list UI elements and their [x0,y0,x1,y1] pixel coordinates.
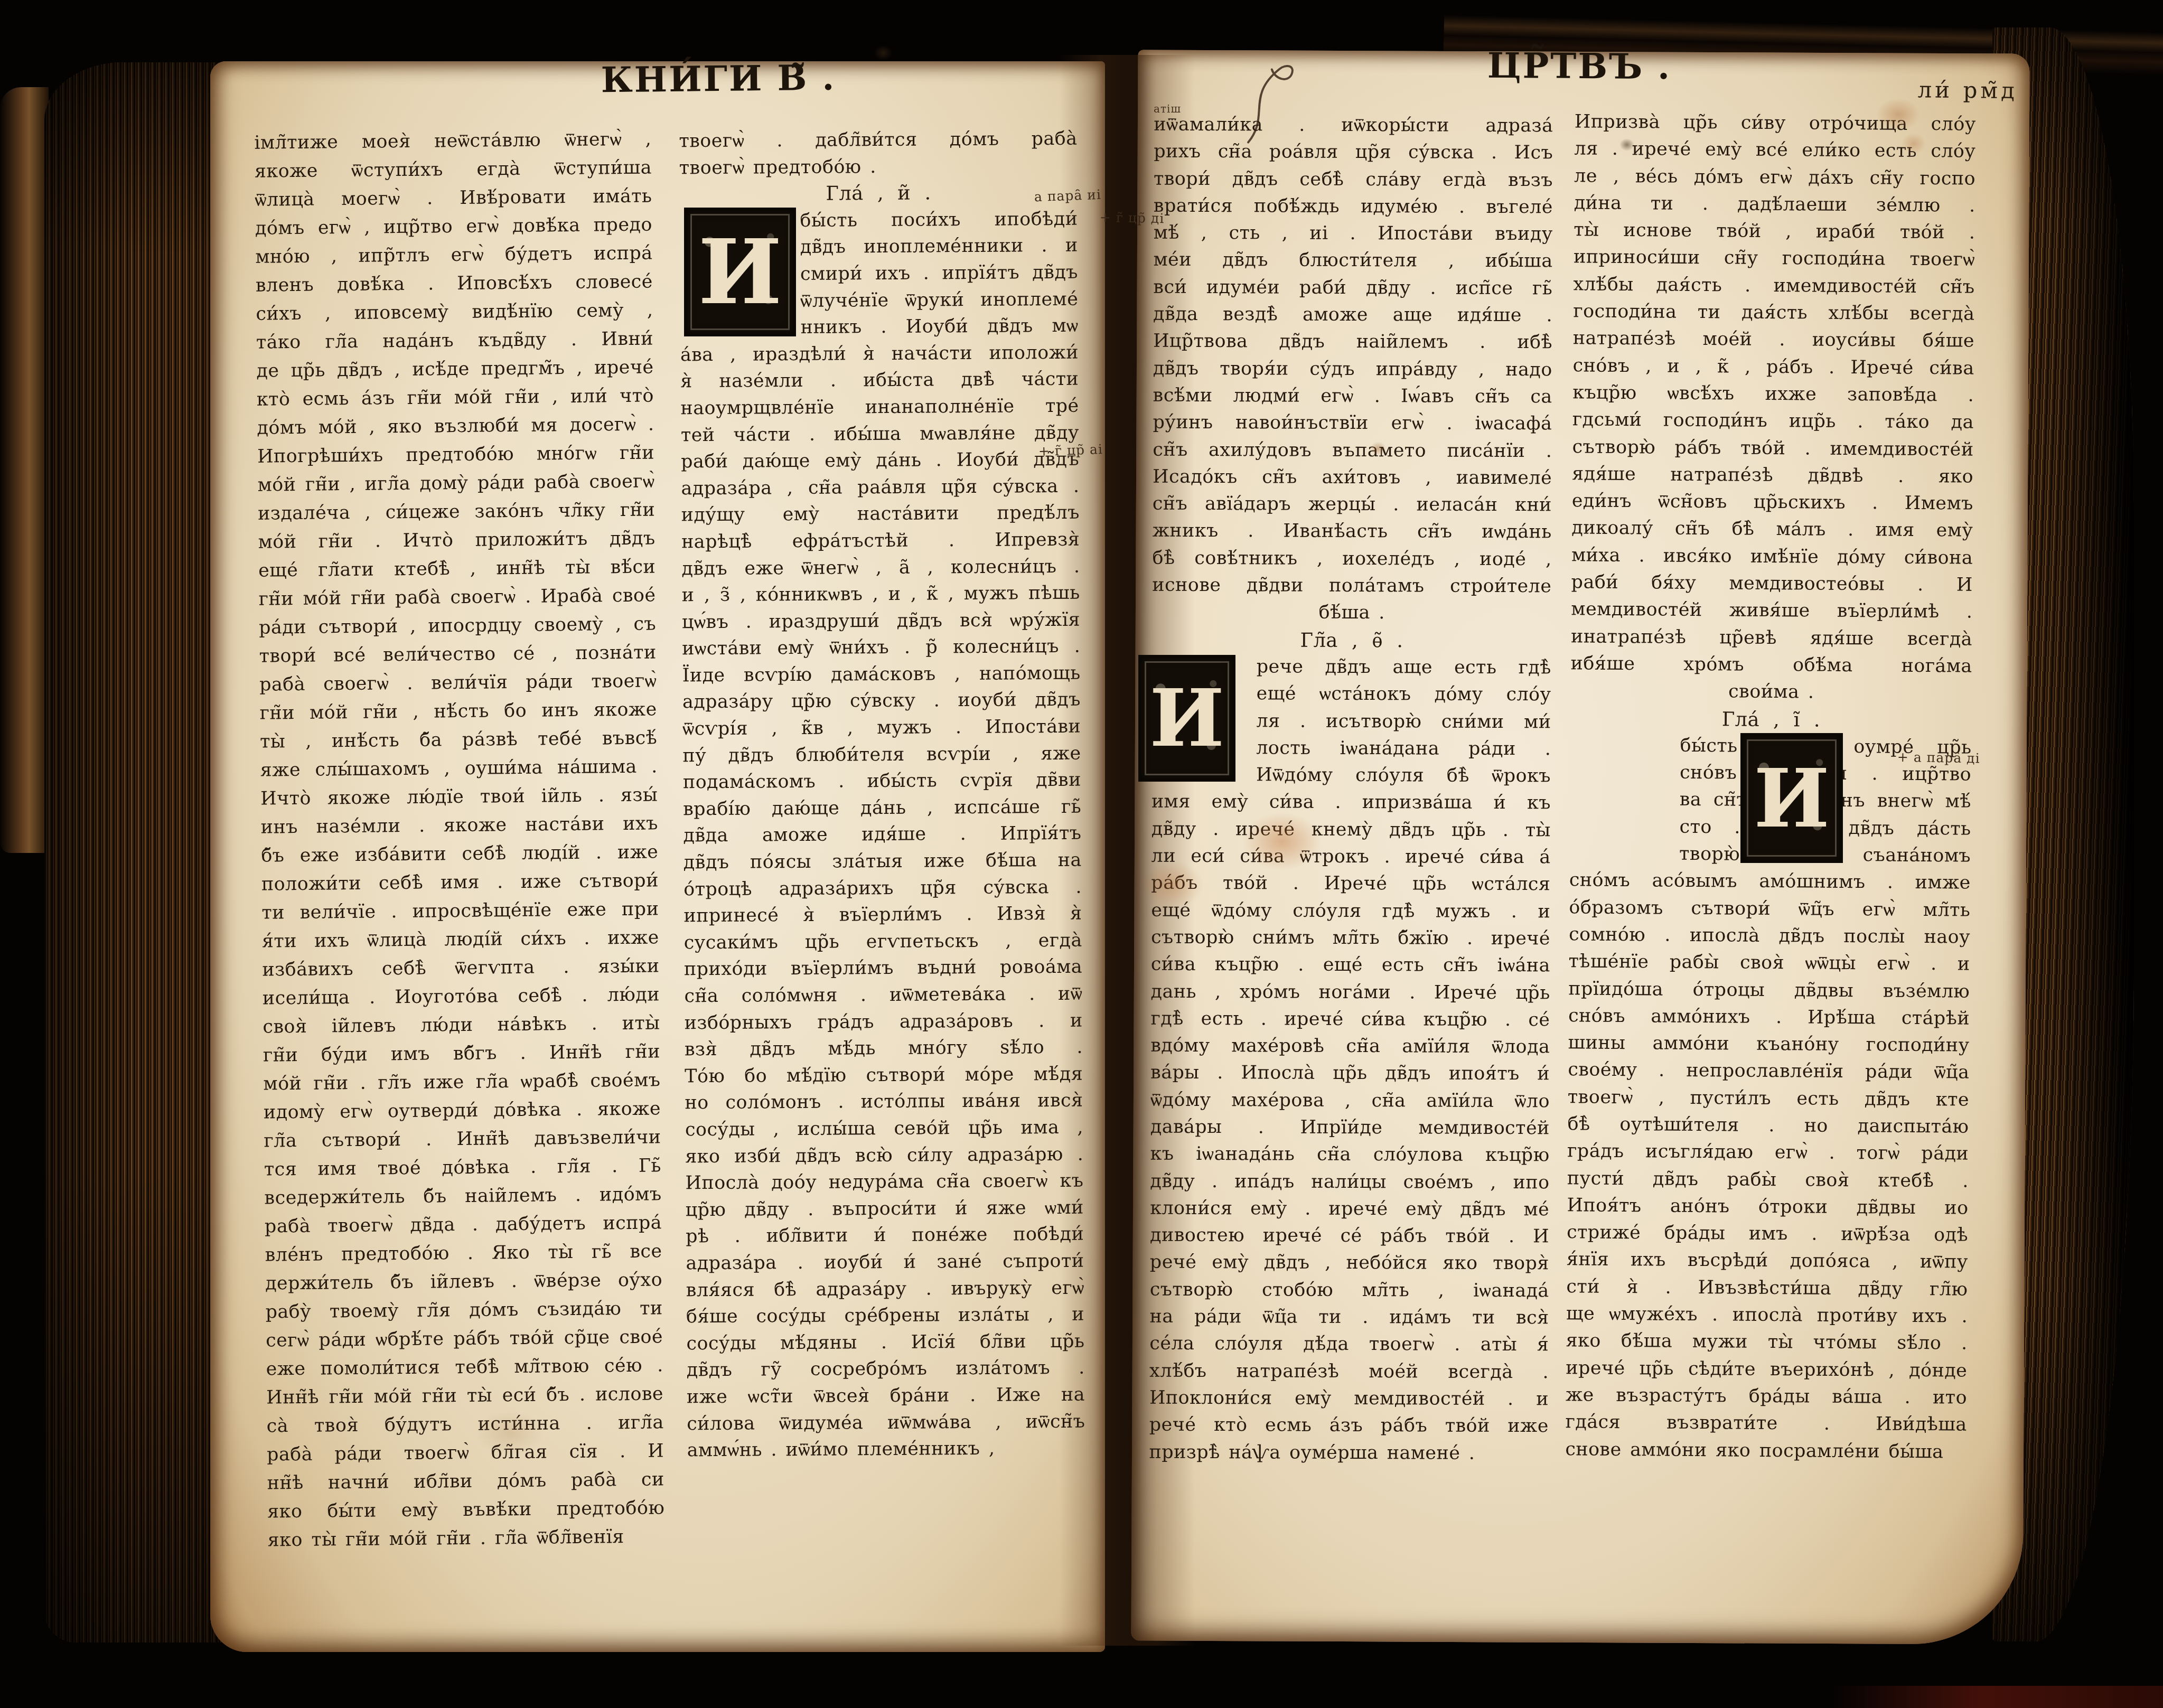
text-line: хлѣ́бы дая́сть . имемдивосте́й сн̃ъ [1573,271,1974,301]
text-line: шины аммо́ни къано́ну господи́ну [1568,1029,1969,1059]
text-line: вле́нъ предтобо́ю . Яко ты̀ гь̃ все [265,1237,662,1269]
text-line: иприноси́ши сн̃у господи́на твоегѡ̀ [1574,244,1975,274]
text-line: стриже́ бра́ды имъ . иѿрѣ́за одѣ [1567,1219,1968,1249]
text-line: тей ча́сти . ибы́ша мѡавля́не дв̃ду [681,419,1079,448]
text-line: гда́ся възврати́те . Иви́дѣша [1565,1409,1967,1439]
text-line: мно́ю , ипр̃тлъ егѡ̀ бу́детъ испра́ [255,239,652,271]
text-line: вля́яся бѣ̀ адраза́ру . ивъруку̀ егѡ̀ [686,1274,1084,1303]
text-line: гра́дъ исъгля́даю егѡ̀ . тогѡ̀ ра́ди [1567,1138,1969,1168]
text-line: твоегѡ̀ , пусти́лъ есть дв̃дъ кте [1568,1084,1969,1114]
text-line: прїидо́ша о́троцы дв̃двы възе́млю [1568,975,1970,1006]
text-line: ля . ирече́ ему̀ все́ ели́ко есть сло́у [1574,136,1975,166]
text-line: нникъ . Иоуби́ дв̃дъ мѡ [800,313,1078,341]
text-line: гл̃а сътвори́ . Инн̃ѣ давъзвели́чи [264,1123,661,1155]
text-line: къцр̃ю ѡвсѣ́хъ ихже заповѣ́да . [1572,379,1974,409]
text-line: вси́ идуме́и раби́ дв̃ду . исп̃се гь̃ [1153,274,1552,302]
text-line: рѣ . ибл̃вити и́ поне́же побѣди́ [686,1221,1084,1250]
text-line: раба̀ своегѡ̀ . вели́чїя ра́ди твоегѡ̀ [259,667,657,699]
text-line: ще ѡмуже́хъ . ипосла̀ проти́ву ихъ . [1566,1300,1968,1330]
text-line: дв̃дъ творя́и су́дъ ипра́вду , надо [1153,355,1552,383]
text-line: лость іѡана́дана ра́ди . [1256,735,1551,763]
text-line: твоегѡ̀ предтобо́ю . [679,152,1078,181]
text-line: господи́на ти дая́сть хлѣ́бы всегда̀ [1573,298,1974,328]
text-line: рабу̀ твоему̀ гл̃я до́мъ съзида́ю ти [265,1294,662,1326]
text-line: бѣ̀ совѣ́тникъ , иохеле́дъ , иоде́ , [1152,545,1551,573]
text-line: дв̃дъ гу̃ сосребро́мъ изла́томъ . [686,1355,1084,1384]
running-head-left: КНИ́ГИ В̃ . [533,56,904,101]
text-line: взя̀ дв̃дъ мѣ́дь мно́гу ѕѣ́ло . [685,1034,1083,1063]
text-line: дв̃да вездѣ̀ аможе аще идя́ше . [1153,301,1552,330]
text-line: инатрапе́зѣ цр̃евѣ ядя́ше всегда̀ [1571,623,1972,653]
text-line: си́ва къцр̃ю . еще́ есть сн̃ъ іѡа́на [1151,951,1550,980]
text-line: ру́инъ навои́нъствїи егѡ̀ . іѡасафа́ [1153,409,1552,438]
book-photo: { "book": { "left_page": { "running_head… [0,0,2163,1708]
text-line: врабі́ю даю́ще да́нь , испса́ше гь̃ [683,794,1081,823]
text-line: ле , ве́сь до́мъ егѡ̀ да́хъ сн̃у госпо [1574,163,1975,193]
text-line: сътворю̀ сни́мъ мл̃ть б̃жїю . ирече́ [1151,924,1550,953]
text-line: клони́ся ему̀ . ирече́ ему̀ дв̃дъ ме́ [1150,1195,1549,1224]
text-line: си́лова ѿидуме́а иѿмѡа́ва , иѿсн̃ъ [687,1408,1085,1437]
text-line: раби́ бя́ху мемдивостео́вы . И [1571,569,1973,599]
text-line: імл̃тиже моея̀ неѿста́влю ѿнегѡ̀ , [254,125,651,157]
text-line: тся имя твое́ до́вѣка . гл̃я . Гь̃ [264,1151,661,1184]
text-line: Ицр̃твова дв̃дъ наіи̃лемъ . ибѣ̀ [1153,328,1552,356]
text-line: твоегѡ̀ . дабл̃ви́тся до́мъ раба̀ [679,126,1077,155]
text-line: б̃ъ еже изба́вити себѣ̀ люді́й . иже [261,838,658,870]
chapter-heading: Гл̃а , ѳ̃ . [1152,626,1551,654]
text-line: де цр̃ь дв̃дъ , исѣ́де предгм̃ъ , ирече́ [256,353,653,385]
text-line: наоумрщвле́нїе инанаполне́нїе тре́ [680,393,1079,422]
ink-squiggle-mark [1236,45,1309,152]
text-column-3: иѿамали́ка . иѿкоры́сти адраза́рихъ сн̃а… [1149,111,1553,1467]
text-line: гн̃и мо́й гн̃и , нѣ́сть бо инъ якоже [259,695,657,727]
text-line: сегѡ̀ ра́ди ѡбрѣ́те ра́бъ тво́й ср̃це св… [266,1322,663,1355]
text-line: ди́на ти . дадѣ́лаеши зе́млю . [1574,190,1975,220]
text-line: якоже ѿступи́хъ егда̀ ѿступи́ша [255,153,652,185]
text-line: сно́въ , и , к̃ , ра́бъ . Ирече́ си́ва [1572,352,1974,382]
text-line: мѣ́ , сть , иі . Ипоста́ви въиду [1154,220,1553,248]
text-line: бя́ше сосу́ды сре́брены изла́ты , и [686,1301,1084,1330]
text-line: твори́ дв̃дъ себѣ̀ сла́ву егда̀ възъ [1154,165,1553,194]
text-line: же възрасту́тъ бра́ды ва́ша . ито [1566,1382,1967,1412]
text-line: дв̃ду . ипа́дъ нали́цы свое́мъ , ипо [1150,1168,1549,1196]
text-line: Ипоклони́ся ему̀ мемдивосте́й . и [1149,1385,1549,1413]
text-line: еже помоли́тися тебѣ̀ мл̃твою се́ю . [266,1351,663,1383]
text-line: иѿамали́ка . иѿкоры́сти адраза́ [1154,111,1553,140]
margin-note: + г̃ цр̃ аі [1038,442,1103,459]
drop-cap-initial: И [1742,735,1841,861]
text-line: дивостею ирече́ се́ ра́бъ тво́й . И [1150,1222,1549,1251]
text-line: вдо́му махе́ровѣ сн̃а амїи́ля ѿлода [1150,1033,1550,1061]
text-line: дикоалу́ сн̃ъ бѣ̀ ма́лъ . имя ему̀ [1571,515,1973,545]
text-line: избо́рныхъ гра́дъ адраза́ровъ . и [684,1007,1082,1036]
text-line: исели́ща . Иоугото́ва себѣ̀ . лю́ди [263,980,660,1012]
text-line: вленъ довѣ́ка . Иповсѣ́хъ словесе́ [256,267,653,299]
cover-board-edge [0,87,49,853]
text-line: цѡ́въ . ираздруши́ дв̃дъ вся̀ ѡру́жїя [682,606,1080,635]
text-line: пусти́ дв̃дъ рабы̀ своя̀ ктебѣ̀ . [1567,1165,1969,1195]
text-line: Исадо́къ сн̃ъ ахи́товъ , иавимеле́ [1153,464,1552,492]
text-line: своя̀ іи̃левъ лю́ди на́вѣкъ . иты̀ [263,1009,660,1041]
text-line: смири́ ихъ . ипрїя́тъ дв̃дъ [800,259,1078,288]
text-line: Инн̃ѣ гн̃и мо́й гн̃и ты̀ еси́ б̃ъ . исло… [266,1379,663,1412]
text-line: натрапе́зѣ мое́й . иоуси́вы бя́ше [1573,325,1974,355]
text-line: Ипогрѣши́хъ предтобо́ю мно́гѡ гн̃и [257,438,654,471]
text-line: инъ назе́мли . якоже наста́ви ихъ [260,809,658,841]
text-line: дв̃дъ по́ясы зла́тыя иже бѣ́ша на [683,847,1082,876]
text-line: раба̀ твоегѡ̀ дв̃да . дабу́детъ испра́ [265,1208,662,1241]
text-line: дань , хро́мъ нога́ми . Ирече́ цр̃ь [1151,978,1550,1007]
text-line: снове аммо́ни яко посрамле́ни бы́ша [1565,1436,1967,1466]
text-line: къ іѡанада́нь сн̃а сло́улова къцр̃ю [1150,1141,1549,1169]
text-line: са̀ твоя̀ бу́дутъ исти́нна . игл̃а [266,1408,663,1440]
text-line: сно́мъ асо́вымъ амо́шнимъ . имже [1569,867,1971,897]
margin-note: + г̃ цр̃ ді [1100,210,1165,226]
running-head-right: ЦР̃ТВЪ . [1373,44,1786,88]
text-line: держи́тель б̃ъ іи̃левъ . ѿве́рзе оу́хо [265,1265,662,1298]
text-line: ѿдо́му махе́рова , сн̃а амїи́ла ѿло [1150,1086,1550,1115]
text-line: яко ты̀ гн̃и мо́й гн̃и . гл̃а ѿбл̃венїя [267,1522,664,1554]
text-line: идому̀ егѡ̀ оутверди́ до́вѣка . якоже [264,1094,661,1127]
text-line: прихо́ди въїерли́мъ въдни́ ровоа́ма [684,954,1082,983]
text-line: дв̃да аможе идя́ше . Ипрїя́тъ [683,820,1081,849]
text-line: сосу́ды , ислы́ша сево́й цр̃ь има , [685,1114,1083,1143]
text-line: ли еси́ си́ва ѿтрокъ . ирече́ си́ва а́ [1151,843,1550,871]
text-line: ты̀ , инѣ́сть б̃а ра́звѣ тебе́ въвсѣ́ [260,724,657,756]
text-line: цр̃ю дв̃ду . въпроси́ти и́ яже ѡми́ [686,1194,1084,1223]
text-line: мемдивосте́й живя́ше въїерли́мѣ . [1571,596,1972,626]
text-line: сосу́ды мѣ́дяны . Исїя́ бл̃ви цр̃ь [686,1328,1084,1357]
text-line: но соло́монъ . исто́лпы ива́ня ився̀ [685,1087,1083,1116]
binding-streak [1833,1686,2163,1708]
text-line: сно́въ аммо́нихъ . Ирѣ́ша ста́рѣй [1568,1002,1970,1033]
text-line: То́ю бо мѣ́дїю сътвори́ мо́ре мѣ́дя [685,1061,1083,1090]
text-line: я́нїя ихъ въсрѣди́ допо́яса , иѿпу [1567,1246,1968,1277]
text-line: бы́сть поси́хъ ипобѣди́ [800,205,1078,234]
text-line: ва́ры . Ипосла̀ цр̃ь дв̃дъ ипоя́тъ и́ [1150,1059,1550,1088]
text-line: гн̃и мо́й гн̃и раба̀ своегѡ̀ . Ираба̀ св… [258,581,656,613]
text-line: гн̃и бу́ди имъ вб̃гъ . Инн̃ѣ гн̃и [263,1037,660,1069]
text-line: яко изби́ дв̃дъ всю̀ си́лу адраза́рю . [685,1141,1083,1170]
text-line: нн̃ѣ начни́ ибл̃ви до́мъ раба̀ си [267,1465,664,1497]
text-line: сомно́ю . ипосла̀ дв̃дъ послы̀ наоу [1569,921,1970,951]
text-line: всѣ́ми людми́ егѡ̀ . Іѡ́авъ сн̃ъ са [1153,382,1552,411]
text-line: вседержи́тель б̃ъ наіи̃лемъ . идо́мъ [264,1180,661,1212]
text-line: ѿлица̀ моегѡ̀ . Ивѣ́ровати има́ть [255,182,652,214]
text-line: и , з̃ , ко́нникѡвъ , и , к̃ , мужъ пѣшь [682,580,1080,609]
text-line: мо́й гн̃и . Ичто̀ приложи́тъ дв̃дъ [258,524,655,556]
text-line: о́троцѣ адраза́рихъ цр̃я су́вска . [683,874,1082,903]
text-line: ра́ди сътвори́ , ипосрдцу своему̀ , съ [259,609,656,642]
text-line: ибя́ше хро́мъ обѣ́ма нога́ма [1570,650,1972,680]
text-line: на ра́ди ѿц̃а ти . ида́мъ ти вся̀ [1149,1303,1549,1332]
text-line: Ичто̀ якоже лю́дїе твои́ іи̃ль . язы́ [260,781,658,813]
margin-note: а пара̑ иі [1034,187,1102,204]
text-line: еще́ ѿдо́му сло́уля гдѣ̀ мужъ . и [1151,897,1550,925]
text-line: Ипризва̀ цр̃ь си́ву отро́чища сло́у [1575,108,1976,138]
text-line: ме́и дв̃дъ блюсти́теля , ибы́ша [1153,247,1552,275]
drop-cap-initial: И [686,209,794,335]
text-line: сн̃а соло́мѡня . иѿметева́ка . иѿ [684,981,1082,1010]
chapter-heading: Гла́ , и̃ . [679,179,1078,208]
text-line: ля . исътворю̀ сни́ми ми́ [1256,708,1551,736]
text-line: сн̃ъ ахилу́довъ въпамето писа́нїи . [1153,436,1552,465]
text-line: издале́ча , си́цеже зако́нъ чл̃ку гн̃и [258,495,655,528]
text-line: ипринесе́ я̀ въїерли́мъ . Ивзя̀ я̀ [683,900,1082,930]
text-line: бѣ̀ оутѣши́теля . но даиспыта́ю [1567,1111,1969,1141]
text-line: раба̀ ра́ди твоегѡ̀ бл̃гая сїя . И [267,1437,664,1469]
text-line: пу́ дв̃дъ блюби́теля всѵрі́и , яже [682,740,1081,769]
text-line: гдсьми́ господи́нъ ицр̃ь . та́ко да [1572,407,1974,437]
text-line: дв̃дъ еже ѿнегѡ̀ , а̃ , колесни́цъ . [681,553,1080,582]
text-line: та́ко гл̃а нада́нъ къдв̃ду . Ивни́ [256,324,653,356]
text-line: о́бразомъ сътвори́ ѿц̃ъ егѡ̀ мл̃ть [1569,894,1970,924]
text-line: нарѣцѣ̀ ефра́тъстѣй . Ипревзя̀ [681,527,1080,556]
text-line: ядя́ше натрапе́зѣ дв̃двѣ . яко [1572,461,1973,491]
text-line: имя ему̀ си́ва . ипризва́ша и́ къ [1151,789,1551,817]
text-line: гдѣ̀ есть . ирече́ си́ва къцр̃ю . се́ [1150,1005,1550,1034]
superscript-gloss: атіш [1154,102,1181,115]
text-line: жникъ . Иванѣ́асть сн̃ъ иѡда́нь [1153,518,1552,546]
text-line: иѡста́ви ему̀ ѿни́хъ . р̃ колесни́цъ . [682,633,1080,662]
text-line: сн̃ъ авїа́даръ жерцы́ . иеласа́н кни́ [1153,491,1552,519]
text-line: яже слы́шахомъ , оуши́ма на́шима . [260,752,657,784]
text-line: сътворю̀ ра́бъ тво́й . имемдивосте́й [1572,434,1973,464]
drop-cap-initial: И [1140,656,1234,780]
text-line: я́ти ихъ ѿлица̀ люді́й си́хъ . ихже [262,923,659,955]
text-line: я̀ назе́мли . ибы́ста двѣ̀ ча́сти [680,366,1079,395]
text-line: ѿсѵрі́я , к̃в , мужъ . Ипоста́ви [682,714,1081,743]
text-line: иснове дв̃дви пола́тамъ строи́теле [1152,572,1551,600]
text-line: мо́й гн̃и , игл̃а дому̀ ра́ди раба̀ свое… [257,467,654,499]
text-line: Їиде всѵрі́ю дама́сковъ , напо́мощь [682,660,1080,689]
text-line: до́мъ мо́й , яко възлюби́ мя досегѡ̀ . [257,410,654,442]
text-line: ты̀ иснове тво́й , ираби́ тво́й . [1574,217,1975,247]
text-line: бѣ́ша . [1152,599,1551,627]
text-line: адраза́ра , сн̃а раа́вля цр̃я су́вска . [681,473,1079,502]
text-line: а́ва , ираздѣли́ я̀ нача́сти иположи́ [680,339,1079,368]
text-line: сти́ я̀ . Ивъзвѣсти́ша дв̃ду гл̃ю [1566,1273,1968,1303]
text-line: свое́му . непрославле́нїя ра́ди ѿц̃а [1568,1057,1969,1087]
text-line: Ипосла̀ доо́у недура́ма сн̃а своегѡ̀ къ [685,1168,1083,1197]
text-line: аммѡ́нь . иѿи́мо племе́нникъ , [687,1435,1085,1464]
text-line: подама́скомъ . ибы́сть сѵрїя дв̃ви [683,767,1081,796]
text-line: еще́ ѡста́нокъ до́му сло́у [1257,681,1551,709]
text-line: тѣше́нїе рабы̀ своя̀ ѡѿцы̀ егѡ̀ . и [1569,949,1970,979]
text-line: ѿлуче́нїе ѿруки́ иноплеме́ [800,286,1078,314]
text-line: ти вели́чїе . ипросвѣще́нїе еже при [261,895,659,927]
text-line: твори́ все́ вели́чество се́ , позна́ти [259,638,656,670]
folio-number: ли́ рм̃д [1902,77,2018,104]
text-line: изба́вихъ себѣ̀ ѿегѵпта . язы́ки [262,952,659,984]
text-line: рече дв̃дъ аще есть гдѣ̀ [1257,653,1551,681]
text-line: кто̀ есмь а́зъ гн̃и мо́й гн̃и , или́ что… [257,381,654,414]
text-line: еди́нъ ѿсн̃овъ цр̃ьскихъ . Имемъ [1572,488,1973,518]
text-line: свои́ма . [1570,678,1972,708]
text-line: дв̃дъ иноплеме́нники . и [800,232,1078,261]
text-line: адраза́ра . иоуби́ и́ зане́ съпроти́ [686,1248,1084,1277]
text-line: рече́ ему̀ дв̃дъ , небо́йся яко творя̀ [1150,1249,1549,1278]
text-line: адраза́ру цр̃ю су́вску . иоуби́ дв̃дъ [682,687,1081,716]
text-line: мо́й гн̃и . гл̃ъ иже гл̃а ѡрабѣ̀ свое́мъ [263,1066,660,1098]
text-line: Ипоя́тъ ано́нъ о́троки дв̃двы ио [1567,1192,1968,1222]
text-line: до́мъ егѡ̀ , ицр̃тво егѡ̀ довѣ́ка предо [255,210,652,242]
text-line: ирече́ цр̃ь сѣди́те въерихо́нѣ , до́нде [1566,1355,1967,1385]
text-line: иже ѡст̃и ѿвсея̀ бра́ни . Иже на [687,1382,1085,1411]
text-line: хлѣ́бъ натрапе́зѣ мое́й всегда̀ . [1149,1357,1549,1386]
text-line: дв̃ду . ирече́ кнему̀ дв̃дъ цр̃ь . ты̀ [1151,815,1551,844]
text-line: рече́ кто̀ есмь а́зъ ра́бъ тво́й иже [1149,1412,1549,1440]
text-line: ра́бъ тво́й . Ирече́ цр̃ь ѡста́лся [1151,870,1550,898]
text-line: врати́ся побѣ́ждь идуме́ю . въгеле́ [1154,193,1553,221]
margin-note: + а пара̑ ді [1897,749,1980,766]
text-line: сътворю̀ стобо́ю мл̃ть , іѡанада́ [1150,1276,1549,1305]
text-line: еще́ гл̃ати ктебѣ̀ , инн̃ѣ ты̀ вѣ́си [258,552,656,585]
text-line: сусаки́мъ цр̃ь егѵпетьскъ , егда̀ [684,927,1082,956]
text-line: се́ла сло́уля дѣ́да твоегѡ̀ . аты̀ я́ [1149,1330,1549,1359]
text-line: яко бы́ти ему̀ въвѣ́ки предтобо́ю [267,1494,664,1526]
text-line: си́хъ , иповсему̀ видѣ́нїю сему̀ , [256,296,653,328]
text-line: иду́щу ему̀ наста́вити предѣ́лъ [681,500,1080,529]
text-line: рихъ сн̃а роа́вля цр̃я су́вска . Исъ [1154,138,1553,167]
text-line: положи́ти себѣ̀ имя . иже сътвори́ [261,866,659,898]
text-line: дава́ры . Ипрїи́де мемдивосте́й [1150,1114,1550,1142]
text-line: призрѣ̀ на́ѱа оуме́рша намене́ . [1149,1439,1549,1467]
text-line: яко бѣ́ша мужи ты̀ что́мы ѕѣ́ло . [1566,1328,1967,1358]
text-line: Иѿдо́му сло́уля бѣ̀ ѿрокъ [1256,762,1551,790]
page-block-edge-left [44,62,239,1643]
chapter-heading: Гла́ , і̃ . [1570,705,1972,735]
text-column-1: імл̃тиже моея̀ неѿста́влю ѿнегѡ̀ ,якоже … [254,125,665,1554]
text-line: ми́ха . ився́ко имѣ́нїе до́му си́вона [1571,542,1973,572]
text-line: раби́ даю́ще ему̀ да́нь . Иоуби́ дв̃дъ [681,446,1079,475]
